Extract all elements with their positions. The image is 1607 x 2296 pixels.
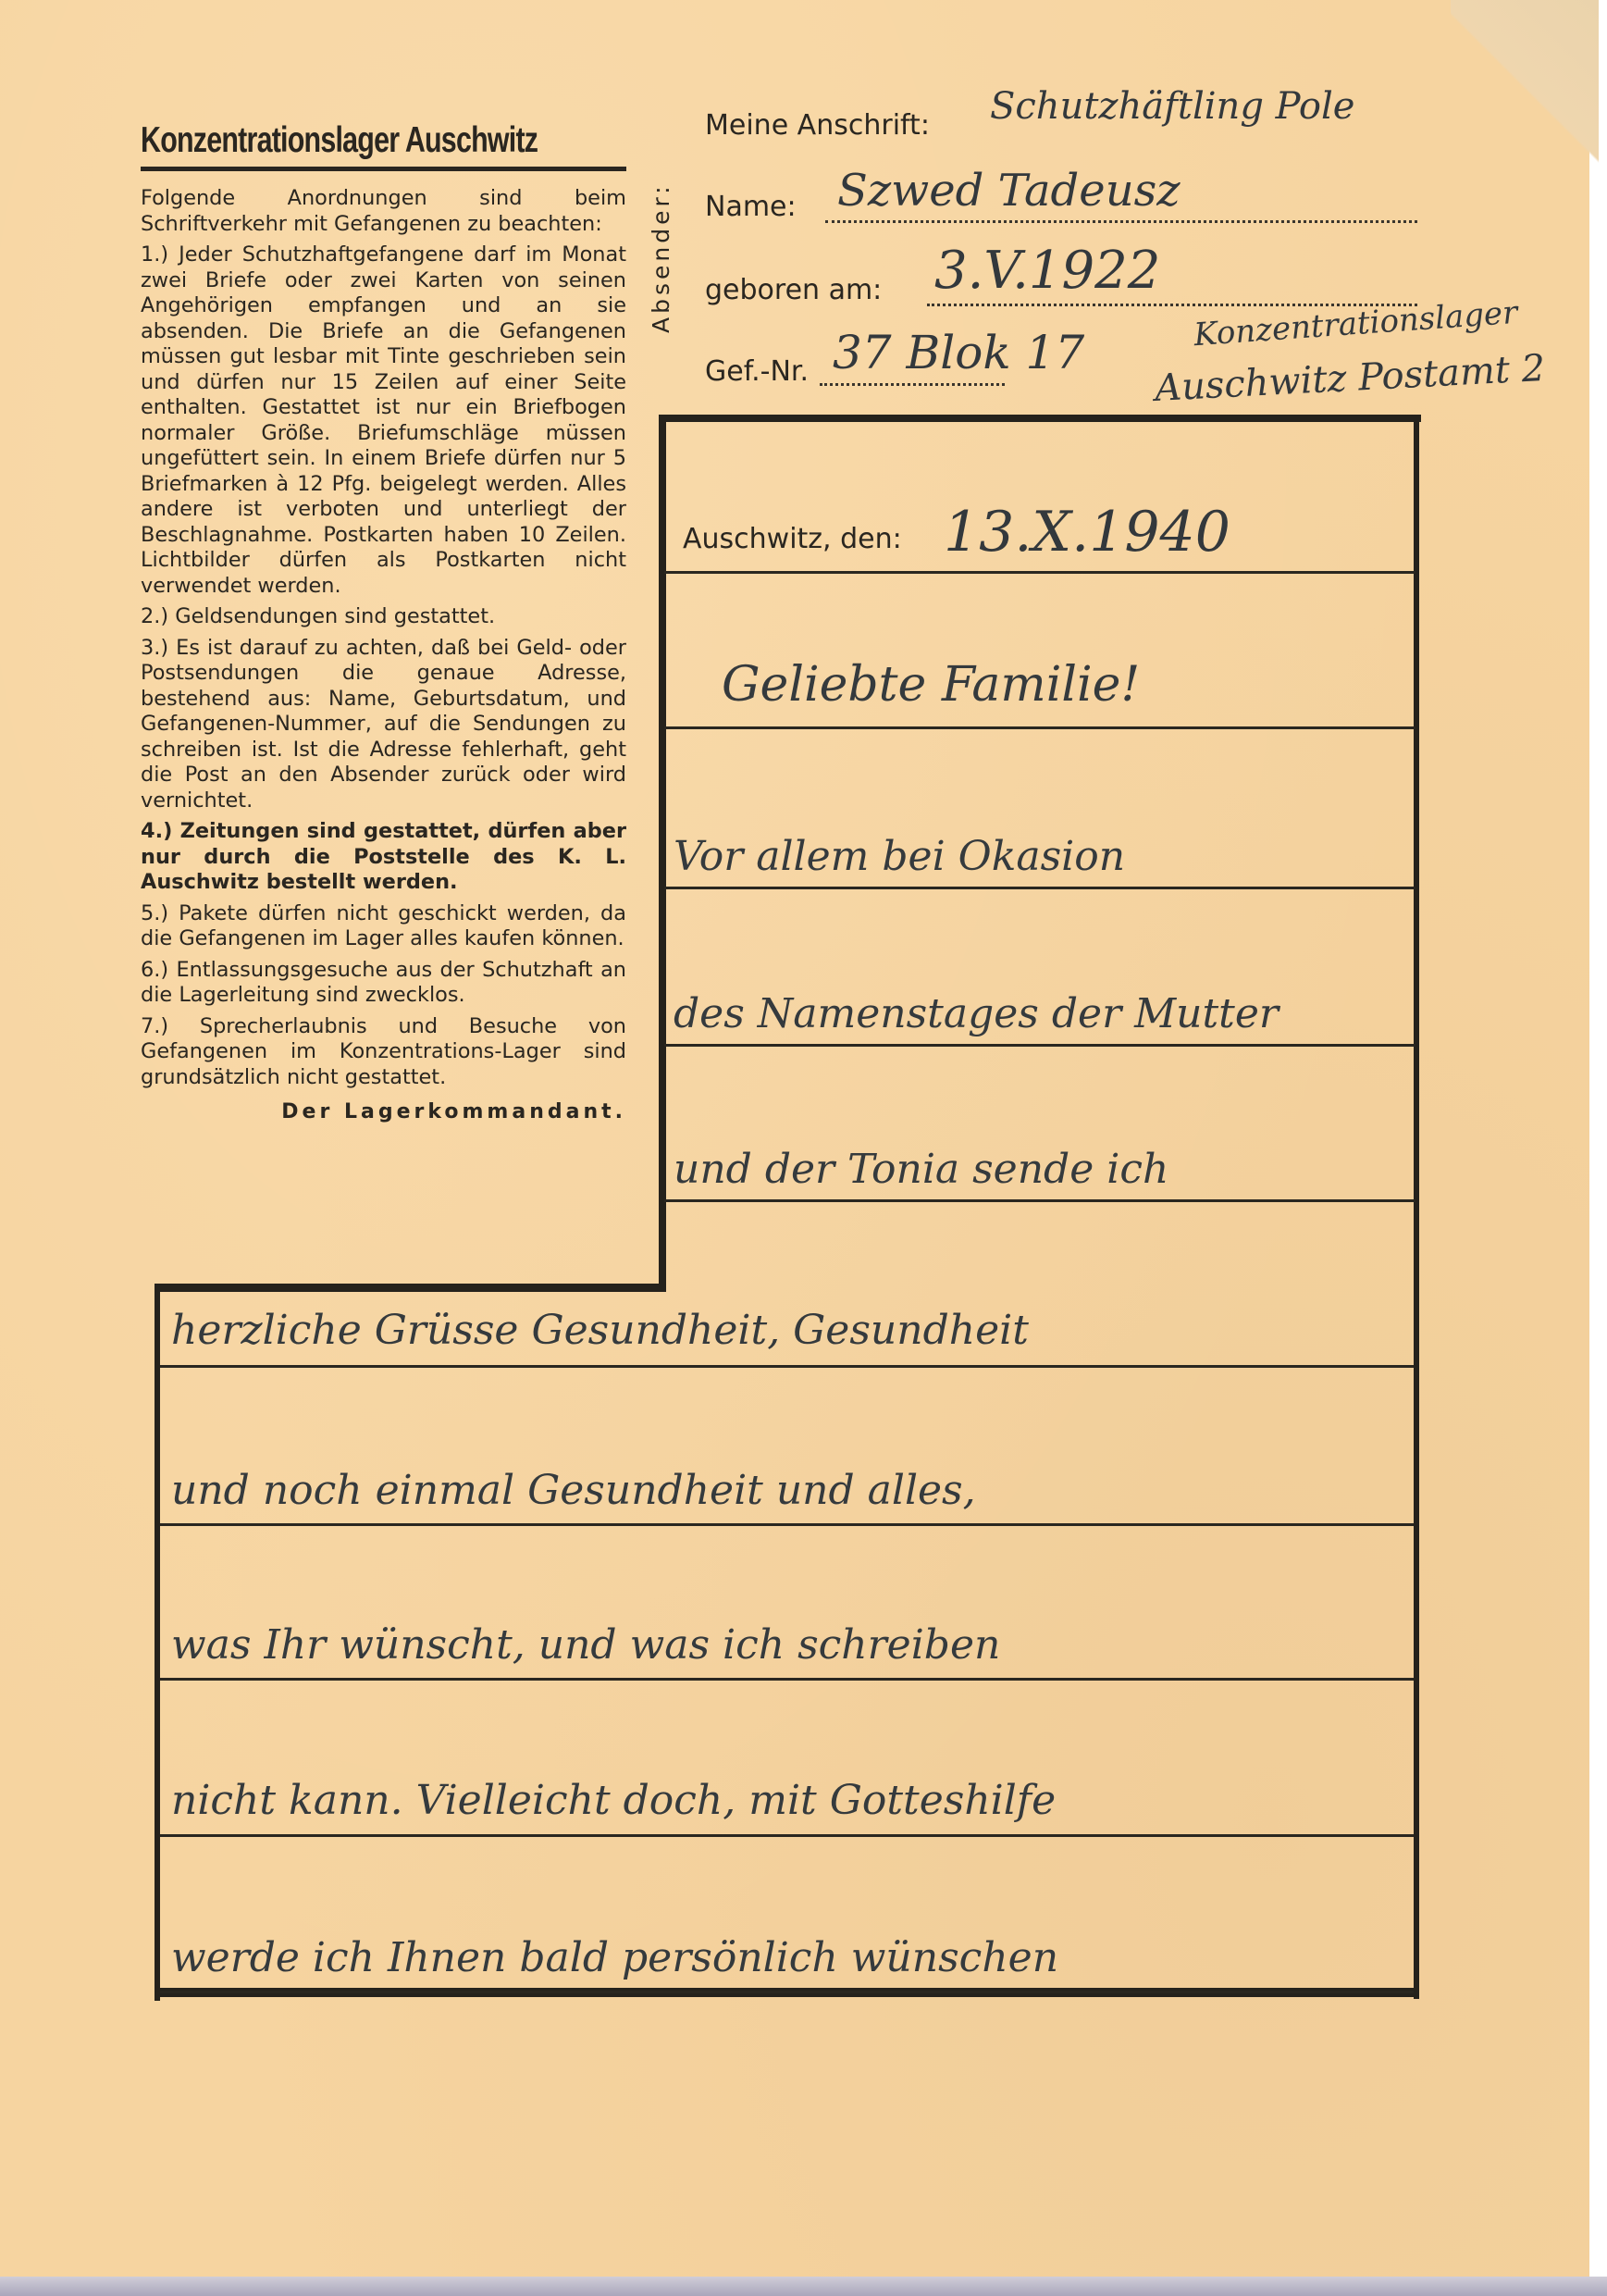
number-value: 37 Blok 17 bbox=[833, 326, 1084, 379]
rule-6: 6.) Entlassungsgesuche aus der Schutzhaf… bbox=[141, 958, 626, 1009]
name-value: Szwed Tadeusz bbox=[837, 165, 1181, 217]
number-dotted-line bbox=[820, 383, 1005, 386]
rule-3: 3.) Es ist darauf zu achten, daß bei Gel… bbox=[141, 636, 626, 814]
letter-line-5: herzliche Grüsse Gesundheit, Gesundheit bbox=[171, 1307, 1029, 1354]
ruled-line bbox=[664, 726, 1415, 729]
ruled-line bbox=[160, 1834, 1414, 1837]
rule-4: 4.) Zeitungen sind gestattet, dürfen abe… bbox=[141, 819, 626, 896]
rule-7: 7.) Sprecherlaubnis und Besuche von Gefa… bbox=[141, 1014, 626, 1091]
frame-right bbox=[1414, 415, 1419, 1999]
letter-line-3: des Namenstages der Mutter bbox=[674, 990, 1279, 1037]
address-value: Schutzhäftling Pole bbox=[990, 85, 1354, 128]
frame-left bbox=[155, 1284, 160, 2001]
letter-line-9: werde ich Ihnen bald persönlich wünschen bbox=[171, 1934, 1058, 1981]
rule-2: 2.) Geldsendungen sind gestattet. bbox=[141, 604, 626, 630]
name-label: Name: bbox=[705, 191, 797, 223]
name-dotted-line bbox=[825, 220, 1417, 223]
ruled-line bbox=[664, 1199, 1415, 1202]
ruled-line bbox=[160, 1991, 1414, 1993]
frame-top bbox=[659, 415, 1421, 422]
folded-corner bbox=[1451, 0, 1599, 185]
rules-signature: Der Lagerkommandant. bbox=[141, 1099, 626, 1125]
ruled-line bbox=[664, 1044, 1415, 1047]
letter-line-8: nicht kann. Vielleicht doch, mit Gottesh… bbox=[171, 1777, 1056, 1824]
letter-line-6: und noch einmal Gesundheit und alles, bbox=[171, 1467, 976, 1514]
rules-title: Konzentrationslager Auschwitz bbox=[141, 120, 631, 165]
ruled-line bbox=[160, 1365, 1414, 1368]
ruled-line bbox=[160, 1523, 1414, 1526]
letter-line-4: und der Tonia sende ich bbox=[674, 1146, 1168, 1193]
rules-intro: Folgende Anordnungen sind beim Schriftve… bbox=[141, 186, 626, 237]
ruled-line bbox=[664, 571, 1415, 574]
frame-inner-left bbox=[659, 415, 666, 1289]
frame-step bbox=[155, 1284, 666, 1292]
sender-side-label: Absender: bbox=[648, 182, 674, 333]
letter-line-7: was Ihr wünscht, und was ich schreiben bbox=[171, 1621, 1000, 1669]
camp-rules: Konzentrationslager Auschwitz Folgende A… bbox=[141, 120, 626, 1131]
letter-line-1: Geliebte Familie! bbox=[722, 657, 1140, 713]
date-label: Auschwitz, den: bbox=[683, 523, 902, 555]
title-underline bbox=[141, 167, 626, 171]
scan-edge bbox=[0, 2277, 1607, 2296]
born-value: 3.V.1922 bbox=[934, 241, 1160, 301]
rule-5: 5.) Pakete dürfen nicht geschickt werden… bbox=[141, 901, 626, 952]
rule-1: 1.) Jeder Schutzhaftgefangene darf im Mo… bbox=[141, 242, 626, 599]
born-label: geboren am: bbox=[705, 274, 882, 306]
letter-line-2: Vor allem bei Okasion bbox=[674, 833, 1125, 880]
address-label: Meine Anschrift: bbox=[705, 109, 930, 142]
ruled-line bbox=[664, 887, 1415, 889]
number-label: Gef.-Nr. bbox=[705, 355, 809, 388]
date-value: 13.X.1940 bbox=[944, 500, 1230, 565]
ruled-line bbox=[160, 1678, 1414, 1681]
